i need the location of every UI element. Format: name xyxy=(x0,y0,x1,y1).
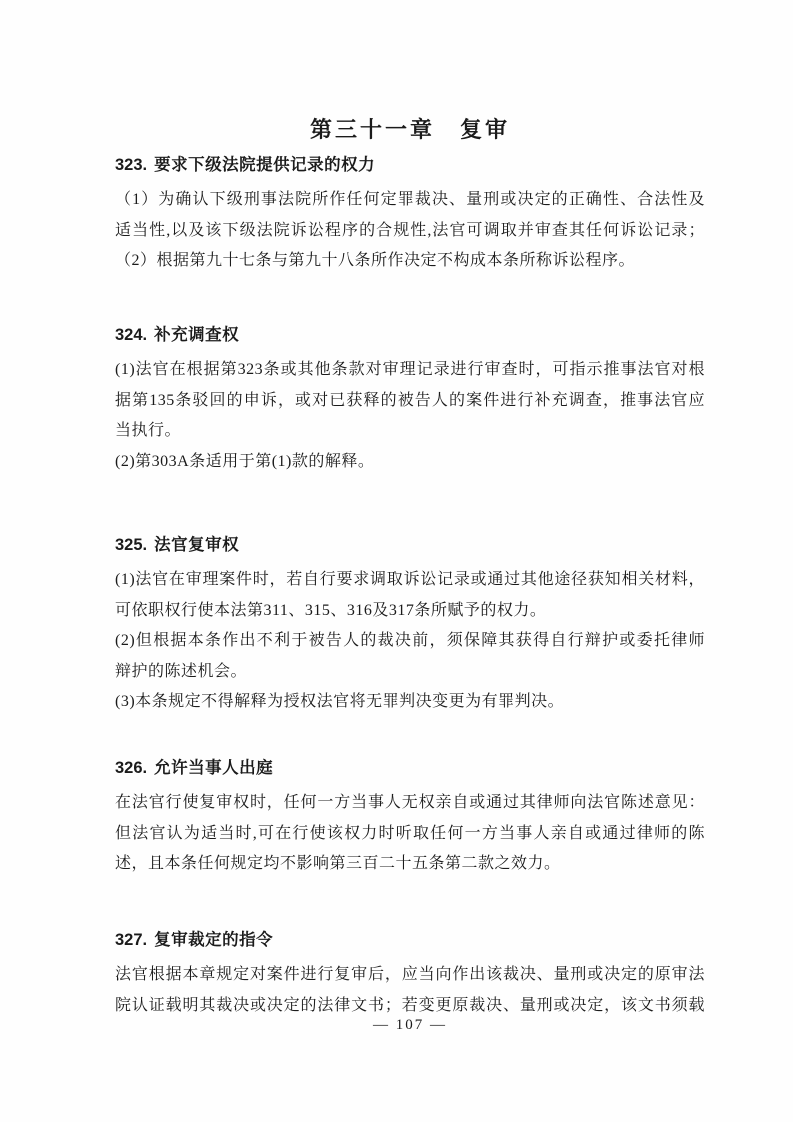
text-line: 法官根据本章规定对案件进行复审后，应当向作出该裁决、量刑或决定的原审法 xyxy=(115,960,705,991)
text-line: (1)法官在根据第323条或其他条款对审理记录进行审查时，可指示推事法官对根 xyxy=(115,355,705,386)
section-heading: 326.允许当事人出庭 xyxy=(115,755,705,782)
text-line: 但法官认为适当时,可在行使该权力时听取任何一方当事人亲自或通过律师的陈 xyxy=(115,819,705,850)
section-heading: 324.补充调查权 xyxy=(115,322,705,349)
section-heading: 325.法官复审权 xyxy=(115,532,705,559)
page-number: — 107 — xyxy=(115,1014,705,1036)
section-324: 324.补充调查权 (1)法官在根据第323条或其他条款对审理记录进行审查时，可… xyxy=(115,322,705,477)
section-number: 323. xyxy=(115,156,147,174)
text-line: (2)第303A条适用于第(1)款的解释。 xyxy=(115,447,705,478)
text-line: 当执行。 xyxy=(115,416,705,447)
text-line: (2)但根据本条作出不利于被告人的裁决前，须保障其获得自行辩护或委托律师 xyxy=(115,626,705,657)
section-heading: 323.要求下级法院提供记录的权力 xyxy=(115,152,705,179)
text-line: 在法官行使复审权时，任何一方当事人无权亲自或通过其律师向法官陈述意见： xyxy=(115,788,705,819)
text-line: (1)法官在审理案件时，若自行要求调取诉讼记录或通过其他途径获知相关材料， xyxy=(115,565,705,596)
text-line: 述，且本条任何规定均不影响第三百二十五条第二款之效力。 xyxy=(115,849,705,880)
text-line: 可依职权行使本法第311、315、316及317条所赋予的权力。 xyxy=(115,596,705,627)
section-325: 325.法官复审权 (1)法官在审理案件时，若自行要求调取诉讼记录或通过其他途径… xyxy=(115,532,705,718)
section-number: 327. xyxy=(115,931,147,949)
section-title: 补充调查权 xyxy=(154,326,239,344)
section-number: 325. xyxy=(115,536,147,554)
text-line: （1）为确认下级刑事法院所作任何定罪裁决、量刑或决定的正确性、合法性及 xyxy=(115,185,705,216)
section-title: 允许当事人出庭 xyxy=(154,759,273,777)
section-number: 324. xyxy=(115,326,147,344)
text-line: （2）根据第九十七条与第九十八条所作决定不构成本条所称诉讼程序。 xyxy=(115,246,705,277)
section-title: 要求下级法院提供记录的权力 xyxy=(154,156,375,174)
text-line: 适当性,以及该下级法院诉讼程序的合规性,法官可调取并审查其任何诉讼记录； xyxy=(115,216,705,247)
text-line: 辩护的陈述机会。 xyxy=(115,657,705,688)
section-heading: 327.复审裁定的指令 xyxy=(115,927,705,954)
section-title: 法官复审权 xyxy=(154,536,239,554)
section-title: 复审裁定的指令 xyxy=(154,931,273,949)
section-327: 327.复审裁定的指令 法官根据本章规定对案件进行复审后，应当向作出该裁决、量刑… xyxy=(115,927,705,1021)
text-line: (3)本条规定不得解释为授权法官将无罪判决变更为有罪判决。 xyxy=(115,687,705,718)
section-326: 326.允许当事人出庭 在法官行使复审权时，任何一方当事人无权亲自或通过其律师向… xyxy=(115,755,705,880)
chapter-title: 第三十一章 复审 xyxy=(115,115,705,145)
section-number: 326. xyxy=(115,759,147,777)
section-323: 323.要求下级法院提供记录的权力 （1）为确认下级刑事法院所作任何定罪裁决、量… xyxy=(115,152,705,277)
text-line: 据第135条驳回的申诉，或对已获释的被告人的案件进行补充调查，推事法官应 xyxy=(115,386,705,417)
document-page: 第三十一章 复审 323.要求下级法院提供记录的权力 （1）为确认下级刑事法院所… xyxy=(0,0,793,1122)
